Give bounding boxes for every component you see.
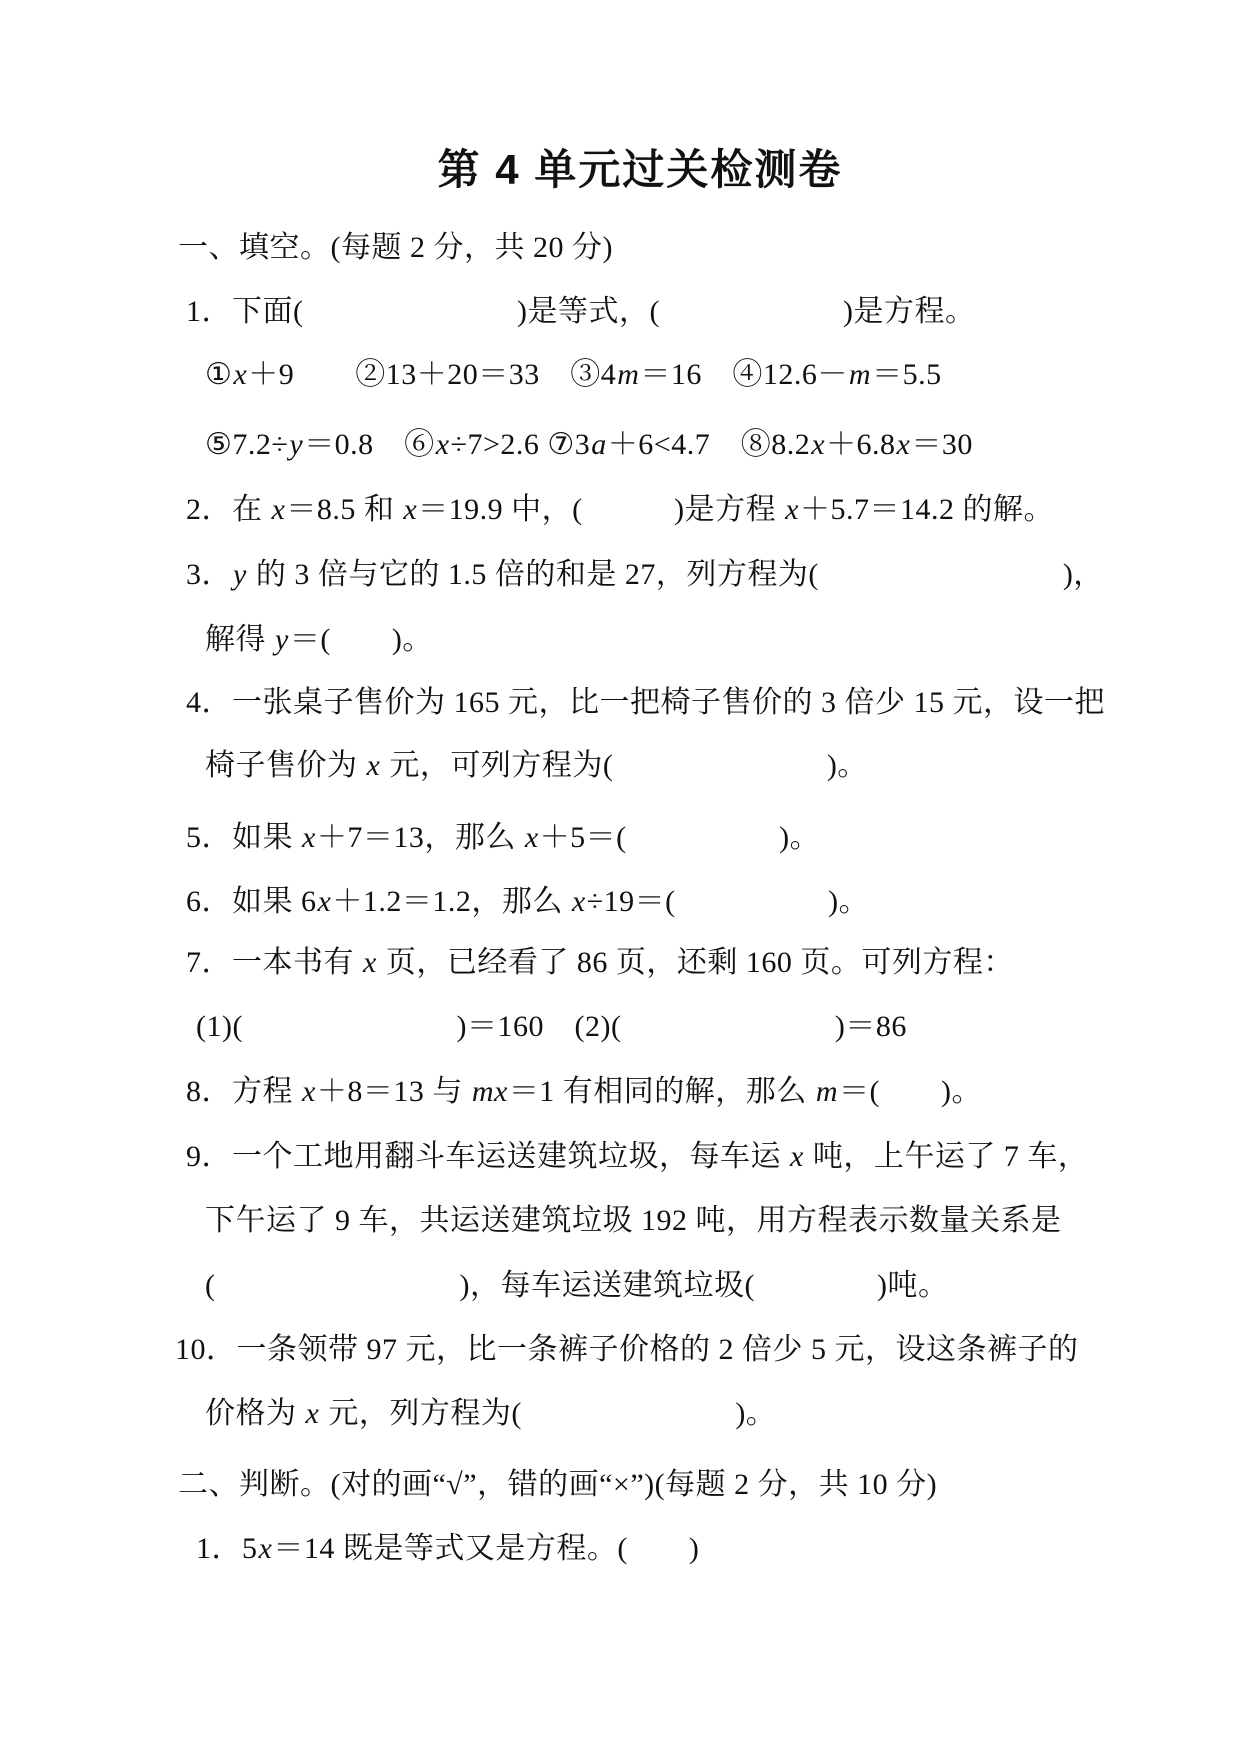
q10-stem: 10．一条领带 97 元，比一条裤子价格的 2 倍少 5 元，设这条裤子的: [175, 1331, 1079, 1369]
test-paper-page: 第 4 单元过关检测卷 一、填空。(每题 2 分，共 20 分) 1．下面( )…: [0, 0, 1241, 1754]
q5-stem: 5．如果 x＋7＝13，那么 x＋5＝( )。: [186, 819, 820, 857]
q4-continuation: 椅子售价为 x 元，可列方程为( )。: [205, 747, 868, 785]
q8-stem: 8．方程 x＋8＝13 与 mx＝1 有相同的解，那么 m＝( )。: [186, 1073, 982, 1111]
q1-options-row-1: ①x＋9 ②13＋20＝33 ③4m＝16 ④12.6－m＝5.5: [205, 356, 942, 394]
q2-stem: 2．在 x＝8.5 和 x＝19.9 中，( )是方程 x＋5.7＝14.2 的…: [186, 491, 1054, 529]
q7-stem: 7．一本书有 x 页，已经看了 86 页，还剩 160 页。可列方程：: [186, 944, 1014, 982]
q9-continuation-1: 下午运了 9 车，共运送建筑垃圾 192 吨，用方程表示数量关系是: [205, 1202, 1062, 1240]
q9-stem: 9．一个工地用翻斗车运送建筑垃圾，每车运 x 吨，上午运了 7 车，: [186, 1138, 1088, 1176]
q7-blanks: (1)( )＝160 (2)( )＝86: [196, 1008, 907, 1046]
q4-stem: 4．一张桌子售价为 165 元，比一把椅子售价的 3 倍少 15 元，设一把: [186, 684, 1105, 722]
page-title: 第 4 单元过关检测卷: [40, 146, 1240, 194]
section-judge-header: 二、判断。(对的画“√”，错的画“×”)(每题 2 分，共 10 分): [178, 1466, 937, 1504]
q1-options-row-2: ⑤7.2÷y＝0.8 ⑥x÷7>2.6 ⑦3a＋6<4.7 ⑧8.2x＋6.8x…: [205, 426, 973, 464]
q3-continuation: 解得 y＝( )。: [205, 621, 433, 659]
q3-stem: 3．y 的 3 倍与它的 1.5 倍的和是 27，列方程为( )，: [186, 556, 1104, 594]
q6-stem: 6．如果 6x＋1.2＝1.2，那么 x÷19＝( )。: [186, 883, 869, 921]
judge-q1-stem: 1．5x＝14 既是等式又是方程。( ): [196, 1530, 699, 1568]
q9-continuation-2: ( )，每车运送建筑垃圾( )吨。: [205, 1267, 948, 1305]
q10-continuation: 价格为 x 元，列方程为( )。: [205, 1395, 776, 1433]
q1-stem: 1．下面( )是等式，( )是方程。: [186, 293, 975, 331]
section-fill-header: 一、填空。(每题 2 分，共 20 分): [178, 229, 613, 267]
